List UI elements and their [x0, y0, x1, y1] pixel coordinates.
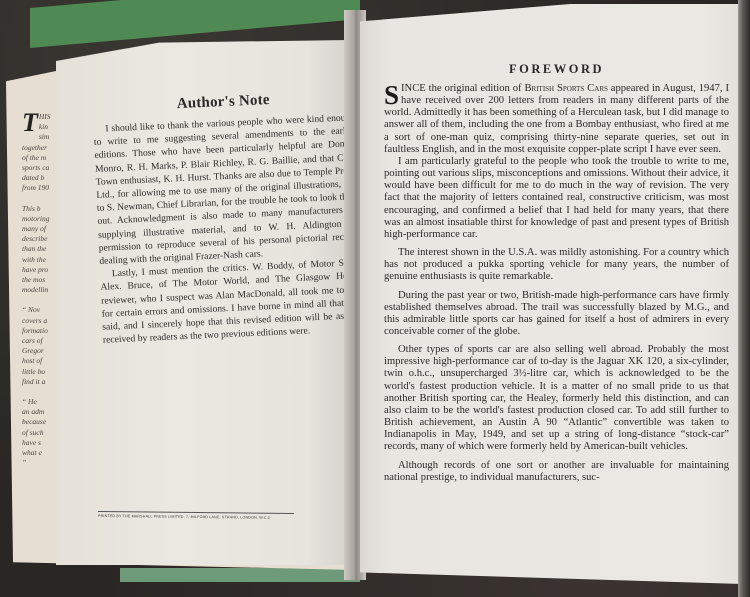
book-cover-edge-bottom: [120, 568, 360, 582]
previous-page-paragraph: THIS kin sim together of the m sports ca…: [22, 112, 60, 194]
previous-page-paragraph: “ Nov covers a formatio cars of Gregor h…: [22, 305, 60, 387]
drop-cap: S: [384, 84, 399, 106]
previous-page-text: THIS kin sim together of the m sports ca…: [22, 112, 60, 479]
foreword-paragraph: Although records of one sort or another …: [384, 460, 729, 484]
book-title: British Sports Cars: [524, 83, 607, 94]
foreword-paragraph: During the past year or two, British-mad…: [384, 290, 729, 339]
previous-page-paragraph: This b motoring many of describe than th…: [22, 204, 60, 296]
author-note-section: Author's Note I should like to thank the…: [92, 88, 365, 347]
foreword-paragraph: SINCE the original edition of British Sp…: [384, 83, 729, 156]
page-stack-edge: [738, 0, 750, 597]
foreword-heading: FOREWORD: [384, 62, 729, 77]
foreword-section: FOREWORD SINCE the original edition of B…: [384, 62, 729, 484]
foreword-paragraph: I am particularly grateful to the people…: [384, 156, 729, 241]
drop-cap: T: [22, 112, 38, 134]
foreword-paragraph: The interest shown in the U.S.A. was mil…: [384, 247, 729, 283]
author-note-paragraph: I should like to thank the various peopl…: [93, 111, 361, 268]
previous-page-paragraph: “ He an adm because of such have s what …: [22, 397, 60, 468]
author-note-paragraph: Lastly, I must mention the critics. W. B…: [100, 256, 365, 347]
foreword-paragraph: Other types of sports car are also selli…: [384, 344, 729, 453]
